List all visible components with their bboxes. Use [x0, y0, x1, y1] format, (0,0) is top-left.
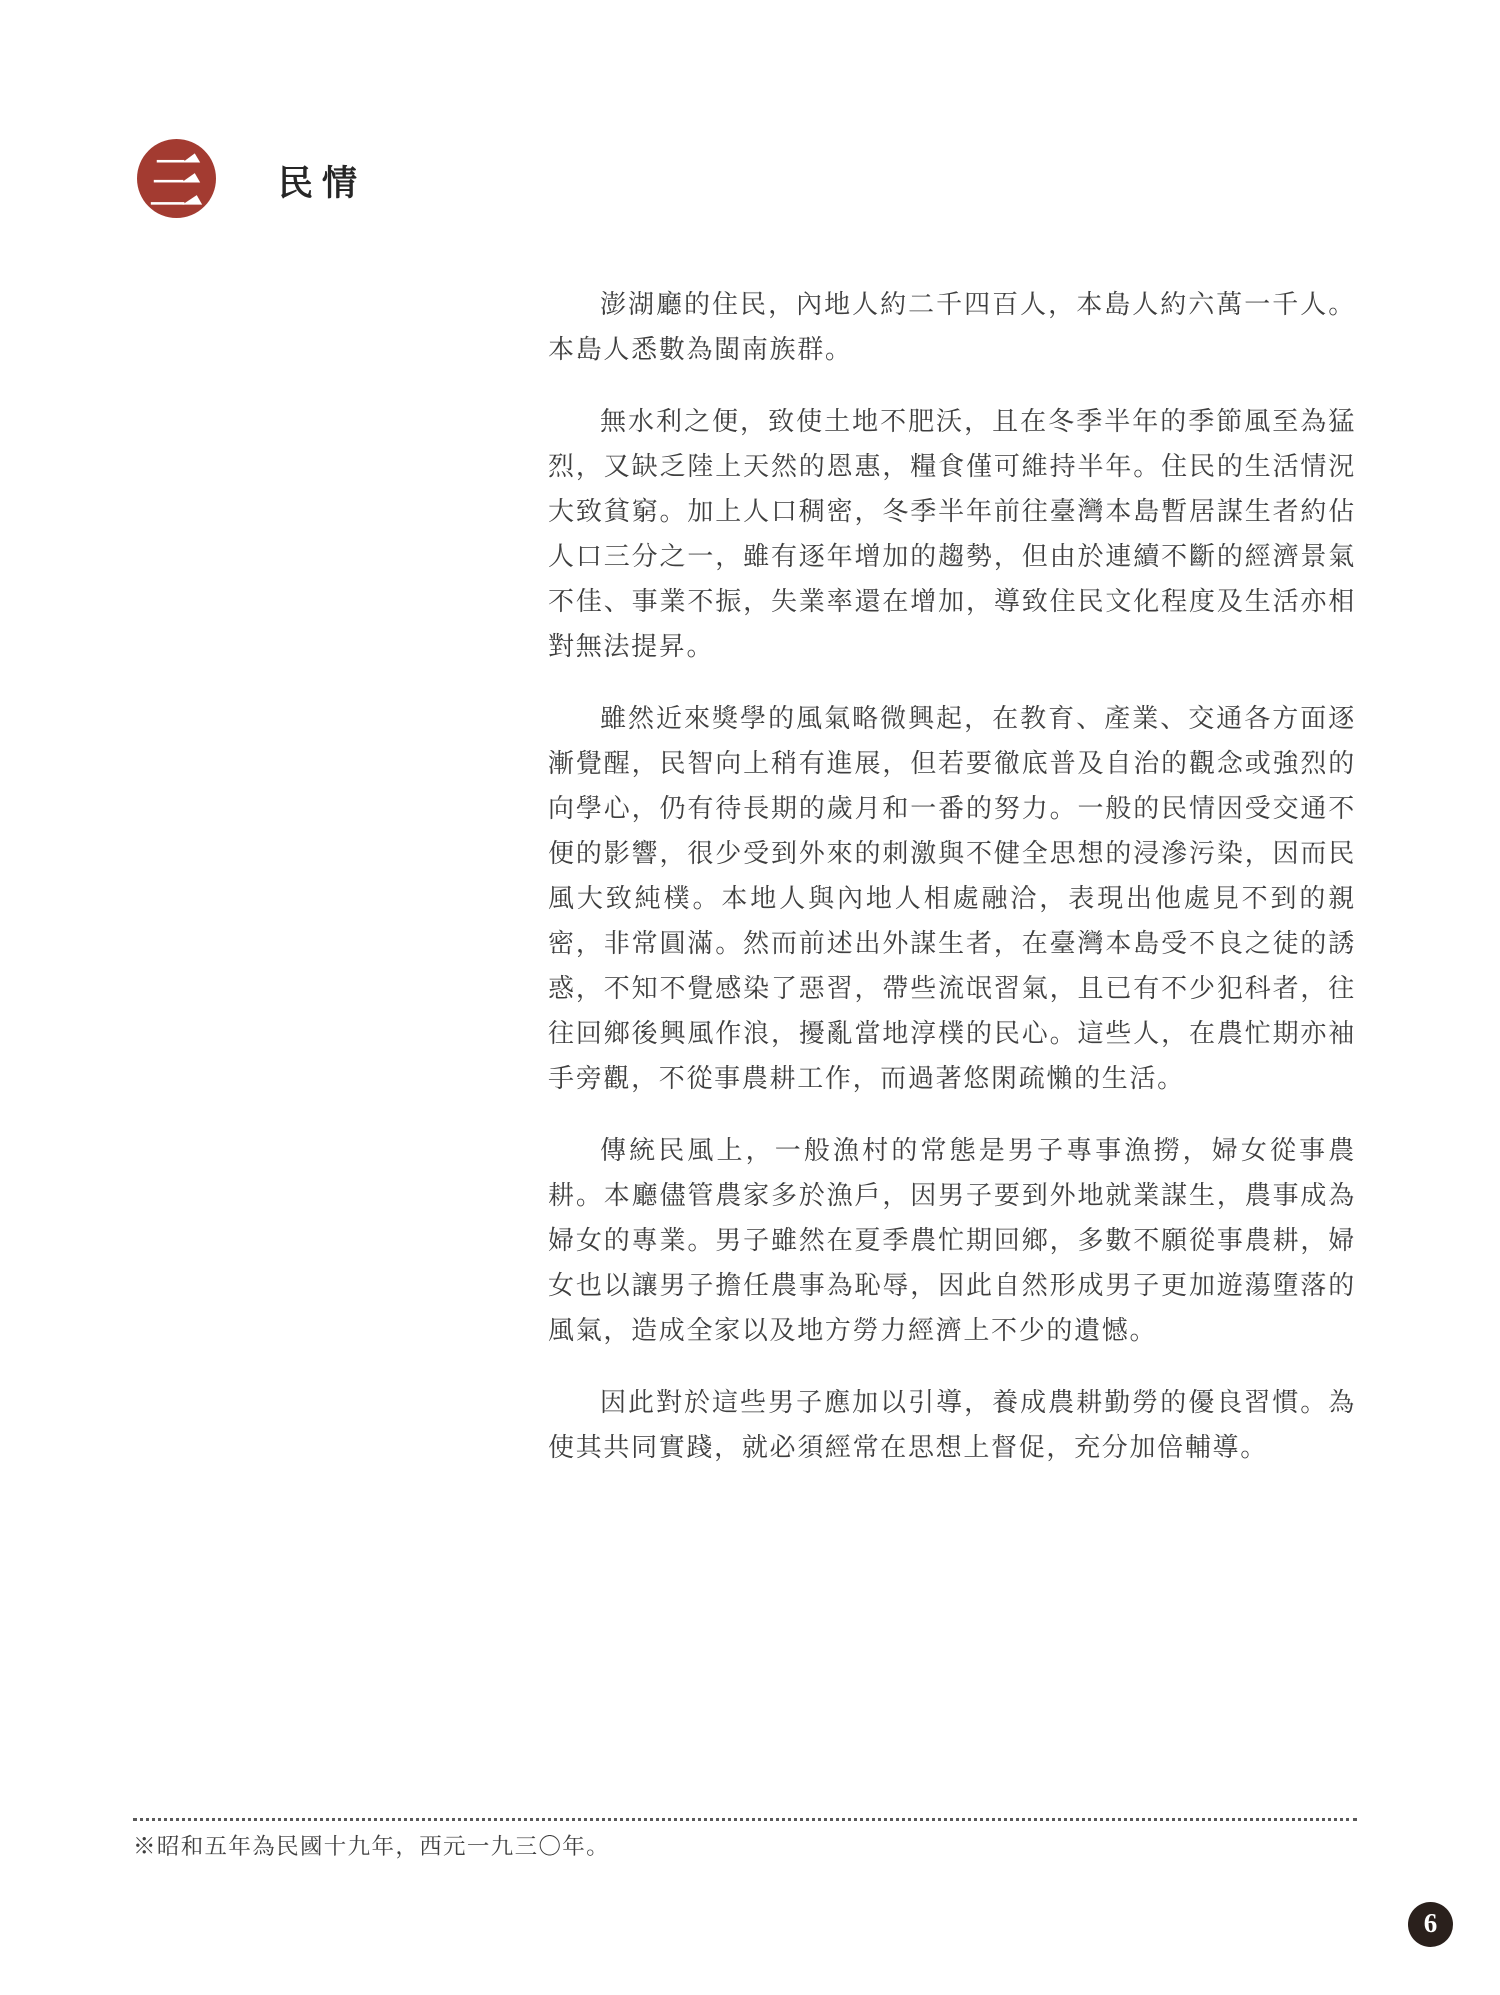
section-title: 民情 — [278, 156, 366, 206]
section-three-icon — [137, 139, 216, 218]
page-number: 6 — [1424, 1908, 1438, 1939]
paragraph-2: 無水利之便，致使土地不肥沃，且在冬季半年的季節風至為猛烈，又缺乏陸上天然的恩惠，… — [548, 399, 1356, 669]
paragraph-5: 因此對於這些男子應加以引導，養成農耕勤勞的優良習慣。為使其共同實踐，就必須經常在… — [548, 1380, 1356, 1470]
footnote-area: ※昭和五年為民國十九年，西元一九三〇年。 — [133, 1818, 1357, 1863]
paragraph-4: 傳統民風上，一般漁村的常態是男子專事漁撈，婦女從事農耕。本廳儘管農家多於漁戶，因… — [548, 1128, 1356, 1353]
paragraph-3: 雖然近來獎學的風氣略微興起，在教育、產業、交通各方面逐漸覺醒，民智向上稍有進展，… — [548, 696, 1356, 1101]
page-number-badge: 6 — [1408, 1902, 1453, 1947]
paragraph-1: 澎湖廳的住民，內地人約二千四百人，本島人約六萬一千人。本島人悉數為閩南族群。 — [548, 282, 1356, 372]
body-text: 澎湖廳的住民，內地人約二千四百人，本島人約六萬一千人。本島人悉數為閩南族群。 無… — [548, 282, 1356, 1497]
section-number-text: 三 — [137, 218, 138, 219]
document-page: 三 民情 澎湖廳的住民，內地人約二千四百人，本島人約六萬一千人。本島人悉數為閩南… — [0, 0, 1500, 1995]
section-badge: 三 — [137, 139, 216, 218]
footnote-divider — [133, 1818, 1357, 1821]
footnote-text: ※昭和五年為民國十九年，西元一九三〇年。 — [133, 1831, 1357, 1863]
